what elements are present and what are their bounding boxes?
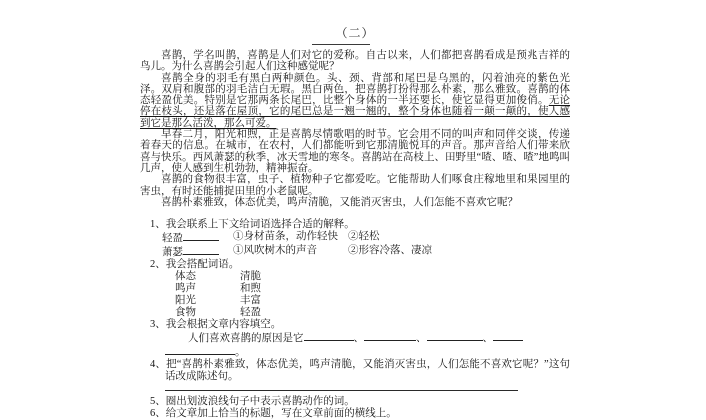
fill-prefix: 人们喜欢喜鹊的原因是它: [188, 333, 304, 344]
word-with-blank: 轻盈: [162, 231, 233, 245]
option-1: ①风吹树木的声音: [233, 245, 348, 259]
separator: 、: [483, 333, 494, 344]
answer-blank: [427, 331, 483, 341]
question-3-fill-line-2: 。: [140, 345, 570, 359]
article-paragraph-3: 早春二月，阳光和煦，正是喜鹊尽情歌唱的时节。它会用不同的叫声和同伴交谈，传递着春…: [140, 129, 570, 174]
question-3-label: 3、我会根据文章内容填空。: [140, 319, 570, 331]
answer-blank: [183, 231, 219, 241]
worksheet-sheet: （二） 喜鹊，学名叫鹊，喜鹊是人们对它的爱称。自古以来，人们都把喜鹊看成是预兆吉…: [140, 24, 570, 420]
match-left: 体态: [175, 271, 240, 283]
answer-blank: [493, 331, 523, 341]
word-label: 轻盈: [162, 233, 183, 244]
questions-section: 1、我会联系上下文给词语选择合适的解释。 轻盈 ①身材苗条，动作轻快 ②轻松 萧…: [140, 219, 570, 420]
match-right: 丰富: [240, 295, 261, 306]
match-right: 轻盈: [240, 307, 261, 318]
answer-blank: [165, 345, 235, 355]
paragraph-2-text: 喜鹊全身的羽毛有黑白两种颜色。头、颈、背部和尾巴是乌黑的，闪着油亮的紫色光泽。双…: [140, 73, 570, 107]
article-paragraph-5: 喜鹊朴素雅致，体态优美，鸣声清脆，又能消灭害虫，人们怎能不喜欢它呢？: [140, 197, 570, 208]
answer-blank: [304, 331, 354, 341]
match-row: 阳光丰富: [140, 295, 570, 307]
article-paragraph-4: 喜鹊的食物很丰富，虫子、植物种子它都爱吃。它能帮助人们啄食庄稼地里和果园里的害虫…: [140, 174, 570, 197]
question-6-label: 6、给文章加上恰当的标题，写在文章前面的横线上。: [140, 408, 570, 420]
match-right: 和煦: [240, 283, 261, 294]
question-4-answer-line: [165, 390, 518, 391]
answer-blank: [183, 245, 219, 255]
section-label: （二）: [140, 24, 570, 41]
word-with-blank: 萧瑟: [162, 245, 233, 259]
answer-blank: [364, 331, 416, 341]
article: 喜鹊，学名叫鹊，喜鹊是人们对它的爱称。自古以来，人们都把喜鹊看成是预兆吉祥的鸟儿…: [140, 50, 570, 208]
match-right: 清脆: [240, 271, 261, 282]
separator: 、: [416, 333, 427, 344]
article-paragraph-1: 喜鹊，学名叫鹊，喜鹊是人们对它的爱称。自古以来，人们都把喜鹊看成是预兆吉祥的鸟儿…: [140, 50, 570, 73]
match-row: 食物轻盈: [140, 307, 570, 319]
question-4-label: 4、把“喜鹊朴素雅致，体态优美，鸣声清脆，又能消灭害虫，人们怎能不喜欢它呢？”这…: [140, 359, 570, 383]
option-2: ②形容冷落、凄凉: [348, 245, 432, 259]
match-left: 阳光: [175, 295, 240, 307]
match-left: 食物: [175, 307, 240, 319]
question-1-label: 1、我会联系上下文给词语选择合适的解释。: [140, 219, 570, 231]
question-1-row-qingying: 轻盈 ①身材苗条，动作轻快 ②轻松: [140, 231, 570, 245]
question-3-fill-line-1: 人们喜欢喜鹊的原因是它、、、: [140, 331, 570, 345]
word-label: 萧瑟: [162, 247, 183, 258]
title-blank-line: [312, 44, 370, 45]
separator: 、: [354, 333, 365, 344]
match-row: 鸣声和煦: [140, 283, 570, 295]
article-paragraph-2: 喜鹊全身的羽毛有黑白两种颜色。头、颈、背部和尾巴是乌黑的，闪着油亮的紫色光泽。双…: [140, 73, 570, 129]
question-2-label: 2、我会搭配词语。: [140, 259, 570, 271]
match-left: 鸣声: [175, 283, 240, 295]
option-1: ①身材苗条，动作轻快: [233, 231, 348, 245]
question-1-row-xiaose: 萧瑟 ①风吹树木的声音 ②形容冷落、凄凉: [140, 245, 570, 259]
period: 。: [235, 347, 246, 358]
question-5-label: 5、圈出划波浪线句子中表示喜鹊动作的词。: [140, 396, 570, 408]
option-2: ②轻松: [348, 231, 380, 245]
match-row: 体态清脆: [140, 271, 570, 283]
